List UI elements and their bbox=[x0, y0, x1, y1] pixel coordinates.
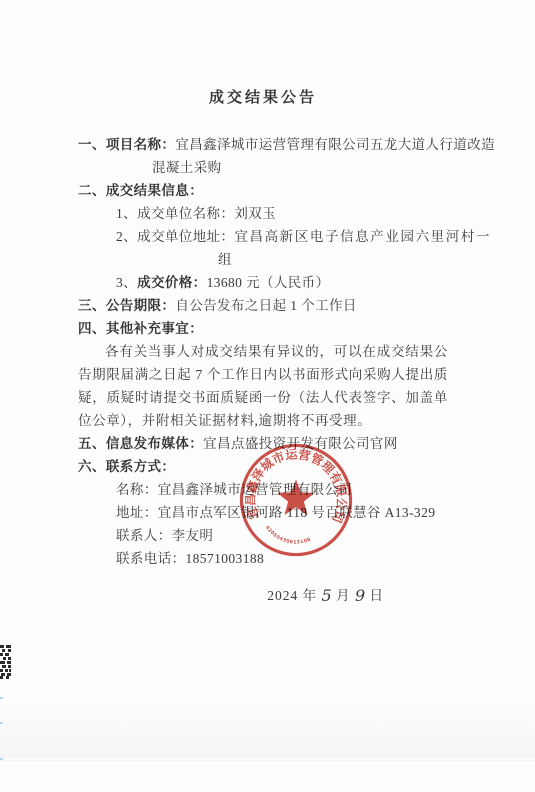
contact-phone-value: 18571003188 bbox=[186, 551, 265, 566]
sub1-value: 刘双玉 bbox=[234, 206, 276, 221]
scan-artifact-tick bbox=[0, 697, 3, 699]
contact-phone: 联系电话：18571003188 bbox=[116, 547, 448, 570]
contact-phone-label: 联系电话： bbox=[116, 551, 186, 566]
date-day-handwritten: 9 bbox=[355, 584, 365, 607]
date-day-label: 日 bbox=[370, 588, 385, 603]
item4-label: 其他补充事宜： bbox=[106, 321, 203, 336]
item4-marker: 四、 bbox=[78, 321, 106, 336]
item5-text: 宜昌点盛投资开发有限公司官网 bbox=[203, 436, 398, 451]
sub1-marker: 1、 bbox=[116, 206, 137, 221]
contact-person-label: 联系人： bbox=[116, 528, 172, 543]
item6-marker: 六、 bbox=[78, 459, 106, 474]
date-year: 2024 年 bbox=[267, 588, 317, 603]
item6-label: 联系方式： bbox=[106, 459, 176, 474]
contact-addr-value: 宜昌市点军区银河路 118 号百联慧谷 A13-329 bbox=[158, 505, 436, 520]
item5-label: 信息发布媒体： bbox=[106, 436, 203, 451]
sub3-value: 13680 元（人民币） bbox=[207, 275, 330, 290]
document-body: 成交结果公告 一、项目名称：宜昌鑫泽城市运营管理有限公司五龙大道人行道改造 混凝… bbox=[78, 88, 448, 607]
contact-person: 联系人：李友明 bbox=[116, 524, 448, 547]
item3-label: 公告期限： bbox=[106, 298, 176, 313]
item1-continuation: 混凝土采购 bbox=[152, 156, 448, 179]
item3-marker: 三、 bbox=[78, 298, 106, 313]
signature-date: 2024 年 5 月 9 日 bbox=[78, 583, 448, 607]
item1-text: 宜昌鑫泽城市运营管理有限公司五龙大道人行道改造 bbox=[175, 137, 495, 152]
item-announcement-period: 三、公告期限：自公告发布之日起 1 个工作日 bbox=[78, 294, 448, 317]
item-publish-media: 五、信息发布媒体：宜昌点盛投资开发有限公司官网 bbox=[78, 432, 448, 455]
date-month-label: 月 bbox=[336, 588, 351, 603]
item-contact: 六、联系方式： bbox=[78, 455, 448, 478]
sub-item-winner-address: 2、成交单位地址：宜昌高新区电子信息产业园六里河村一 bbox=[116, 225, 448, 248]
item-project-name: 一、项目名称：宜昌鑫泽城市运营管理有限公司五龙大道人行道改造 bbox=[78, 133, 448, 156]
contact-address: 地址：宜昌市点军区银河路 118 号百联慧谷 A13-329 bbox=[116, 501, 448, 524]
sub1-label: 成交单位名称： bbox=[137, 206, 234, 221]
item1-marker: 一、 bbox=[78, 137, 106, 152]
contact-name-value: 宜昌鑫泽城市运营管理有限公司 bbox=[158, 482, 353, 497]
contact-addr-label: 地址： bbox=[116, 505, 158, 520]
contact-name-label: 名称： bbox=[116, 482, 158, 497]
scanned-document-page: 成交结果公告 一、项目名称：宜昌鑫泽城市运营管理有限公司五龙大道人行道改造 混凝… bbox=[0, 0, 535, 792]
item5-marker: 五、 bbox=[78, 436, 106, 451]
sub2-marker: 2、 bbox=[116, 229, 137, 244]
item1-label: 项目名称： bbox=[106, 137, 176, 152]
document-title: 成交结果公告 bbox=[78, 88, 448, 108]
item2-label: 成交结果信息： bbox=[106, 183, 203, 198]
supplementary-paragraph: 各有关当事人对成交结果有异议的，可以在成交结果公告期限届满之日起 7 个工作日内… bbox=[78, 340, 448, 432]
sub2-value: 宜昌高新区电子信息产业园六里河村一 bbox=[234, 229, 491, 244]
sub3-marker: 3、 bbox=[116, 275, 137, 290]
scan-page-edge bbox=[0, 760, 535, 761]
sub-item-price: 3、成交价格：13680 元（人民币） bbox=[116, 271, 448, 294]
item-result-info: 二、成交结果信息： bbox=[78, 179, 448, 202]
sub3-label: 成交价格： bbox=[137, 275, 207, 290]
scan-artifact-tick bbox=[0, 722, 3, 724]
item3-text: 自公告发布之日起 1 个工作日 bbox=[175, 298, 357, 313]
contact-person-value: 李友明 bbox=[172, 528, 214, 543]
sub2-continuation: 组 bbox=[218, 248, 448, 271]
date-month-handwritten: 5 bbox=[322, 584, 332, 607]
contact-company: 名称：宜昌鑫泽城市运营管理有限公司 bbox=[116, 478, 448, 501]
item-supplementary: 四、其他补充事宜： bbox=[78, 317, 448, 340]
sub2-label: 成交单位地址： bbox=[137, 229, 234, 244]
item2-marker: 二、 bbox=[78, 183, 106, 198]
sub-item-winner-name: 1、成交单位名称：刘双玉 bbox=[116, 202, 448, 225]
scan-artifact-qr-fragment bbox=[0, 645, 11, 679]
